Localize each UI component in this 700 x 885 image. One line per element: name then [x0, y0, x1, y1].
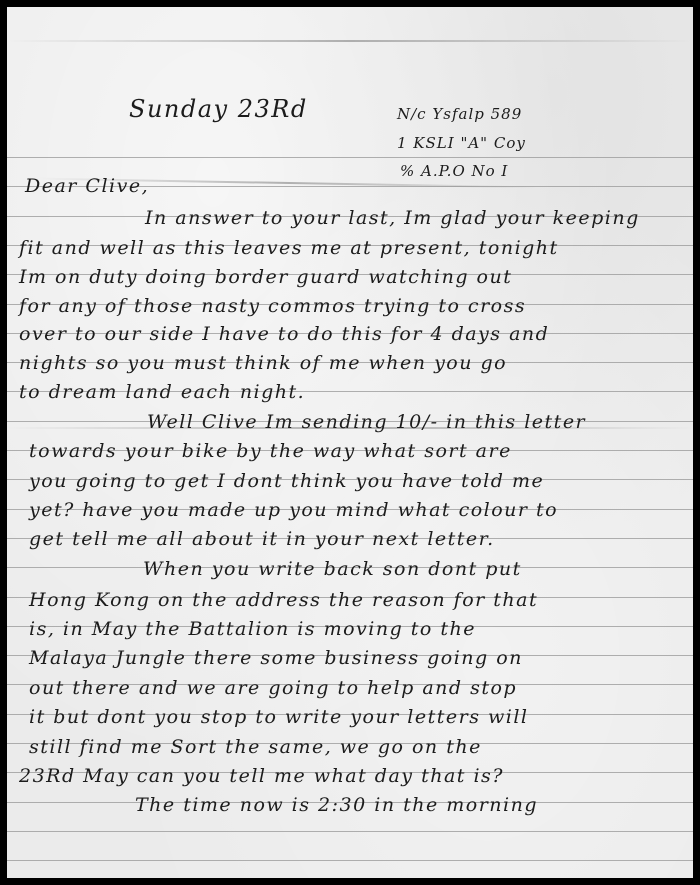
letter-page: Sunday 23Rd N/c Ysfalp 589 1 KSLI "A" Co… [7, 7, 693, 878]
letter-line: The time now is 2:30 in the morning [135, 794, 538, 816]
letter-line: Malaya Jungle there some business going … [29, 647, 523, 669]
letter-line: is, in May the Battalion is moving to th… [29, 618, 476, 640]
salutation: Dear Clive, [25, 175, 149, 197]
letter-line: still find me Sort the same, we go on th… [29, 736, 482, 758]
address-line: 1 KSLI "A" Coy [397, 134, 526, 152]
letter-line: towards your bike by the way what sort a… [29, 440, 512, 462]
ruled-line [7, 157, 693, 158]
letter-line: fit and well as this leaves me at presen… [19, 237, 559, 259]
letter-line: Well Clive Im sending 10/- in this lette… [147, 411, 586, 433]
letter-line: it but dont you stop to write your lette… [29, 706, 529, 728]
letter-line: 23Rd May can you tell me what day that i… [19, 765, 504, 787]
letter-line: In answer to your last, Im glad your kee… [145, 207, 640, 229]
letter-line: over to our side I have to do this for 4… [19, 323, 549, 345]
paper-crease [7, 40, 693, 42]
letter-line: you going to get I dont think you have t… [29, 470, 544, 492]
address-line: % A.P.O No I [400, 162, 508, 180]
letter-line: out there and we are going to help and s… [29, 677, 517, 699]
letter-line: for any of those nasty commos trying to … [19, 295, 526, 317]
ruled-line [7, 860, 693, 861]
letter-line: Hong Kong on the address the reason for … [29, 589, 538, 611]
letter-line: nights so you must think of me when you … [19, 352, 507, 374]
letter-date: Sunday 23Rd [129, 95, 308, 123]
ruled-line [7, 831, 693, 832]
letter-line: yet? have you made up you mind what colo… [29, 499, 558, 521]
letter-line: When you write back son dont put [143, 558, 522, 580]
letter-line: get tell me all about it in your next le… [29, 528, 495, 550]
letter-line: Im on duty doing border guard watching o… [19, 266, 512, 288]
address-line: N/c Ysfalp 589 [397, 105, 522, 123]
letter-line: to dream land each night. [19, 381, 305, 403]
